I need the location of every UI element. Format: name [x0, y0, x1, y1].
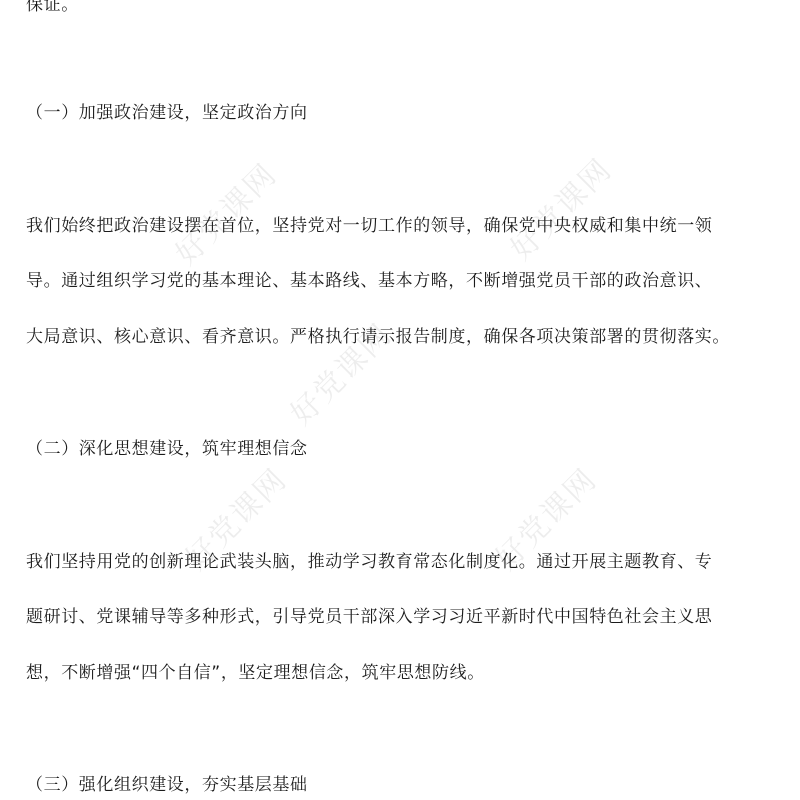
section-heading: （二）深化思想建设，筑牢理想信念: [26, 437, 308, 461]
watermark: 好党课网: [163, 151, 285, 273]
paragraph-line: 我们坚持用党的创新理论武装头脑，推动学习教育常态化制度化。通过开展主题教育、专: [26, 550, 712, 574]
section-heading: （一）加强政治建设，坚定政治方向: [26, 101, 308, 125]
paragraph-line: 大局意识、核心意识、看齐意识。严格执行请示报告制度，确保各项决策部署的贯彻落实。: [26, 325, 730, 349]
paragraph-line: 导。通过组织学习党的基本理论、基本路线、基本方略，不断增强党员干部的政治意识、: [26, 269, 712, 293]
paragraph-fragment: 保证。: [26, 0, 79, 17]
paragraph-line: 题研讨、党课辅导等多种形式，引导党员干部深入学习习近平新时代中国特色社会主义思: [26, 605, 712, 629]
document-page: 好党课网 好党课网 好党课网 好党课网 好党课网 保证。 （一）加强政治建设，坚…: [0, 0, 800, 800]
watermark: 好党课网: [498, 146, 620, 268]
section-heading: （三）强化组织建设，夯实基层基础: [26, 773, 308, 797]
paragraph-line: 想，不断增强“四个自信”，坚定理想信念，筑牢思想防线。: [26, 661, 485, 685]
paragraph-line: 我们始终把政治建设摆在首位，坚持党对一切工作的领导，确保党中央权威和集中统一领: [26, 214, 712, 238]
